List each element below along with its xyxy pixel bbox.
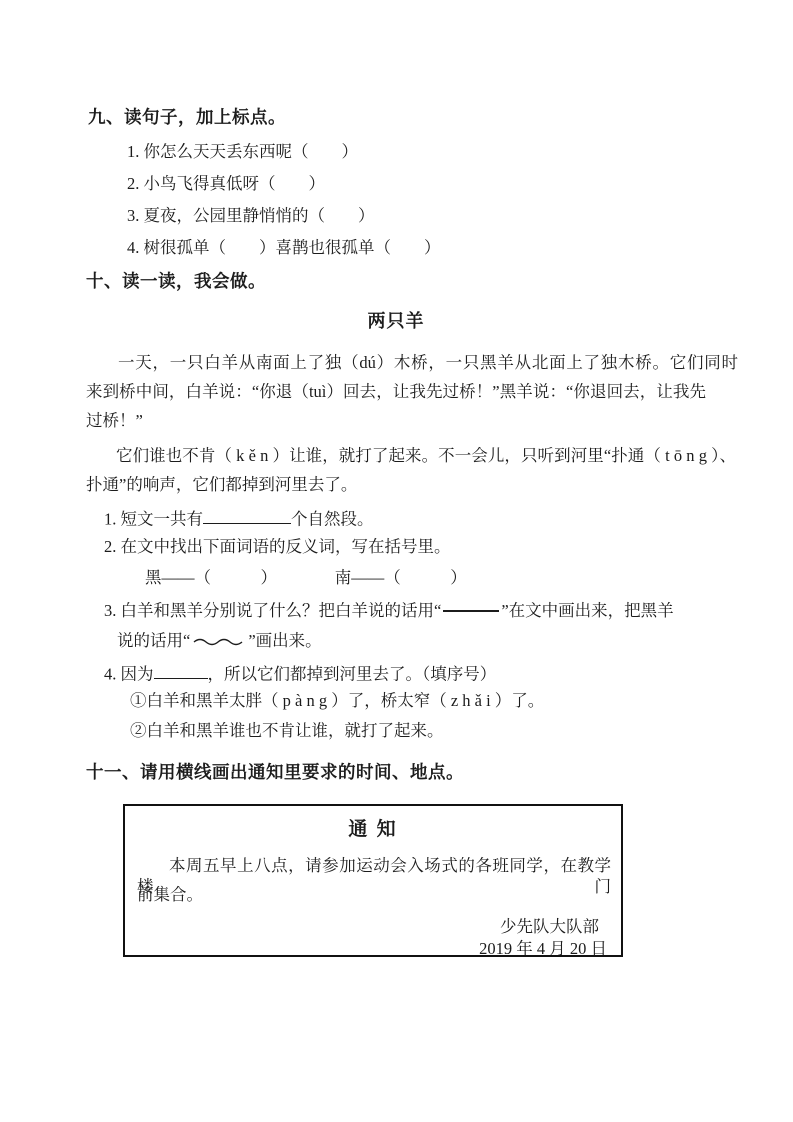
question-4-text: 4. 因为 [104, 664, 154, 683]
section-11-heading: 十一、请用横线画出通知里要求的时间、地点。 [86, 761, 464, 783]
question-3-text-2-after: ”画出来。 [248, 631, 321, 650]
notice-body-line-2: 前集合。 [137, 884, 611, 905]
passage-line: 一天，一只白羊从南面上了独（dú）木桥，一只黑羊从北面上了独木桥。它们同时 [86, 353, 738, 373]
passage-line: 它们谁也不肯（ k ě n ）让谁，就打了起来。不一会儿，只听到河里“扑通（ t… [86, 446, 736, 466]
worksheet-page: 九、读句子，加上标点。 1. 你怎么天天丢东西呢（ ） 2. 小鸟飞得真低呀（ … [0, 0, 793, 1122]
question-3-text: 3. 白羊和黑羊分别说了什么？把白羊说的话用“ [104, 601, 441, 620]
sentence-item-3: 3. 夏夜，公园里静悄悄的（ ） [127, 205, 375, 226]
passage-title: 两只羊 [86, 311, 706, 332]
question-1: 1. 短文一共有个自然段。 [104, 506, 710, 529]
question-3-text-after: ”在文中画出来，把黑羊 [501, 601, 673, 620]
passage-line: 过桥！” [86, 411, 706, 431]
solid-line-mark [443, 610, 499, 612]
question-3-line-2: 说的话用“”画出来。 [117, 631, 322, 651]
notice-signer: 少先队大队部 [500, 916, 599, 937]
answer-blank [154, 661, 208, 679]
section-10-heading: 十、读一读，我会做。 [86, 270, 266, 292]
sentence-item-1: 1. 你怎么天天丢东西呢（ ） [127, 141, 358, 162]
sentence-item-4: 4. 树很孤单（ ）喜鹊也很孤单（ ） [127, 237, 441, 258]
antonym-pairs: 黑——（ ） 南——（ ） [145, 568, 467, 588]
option-item-2: ②白羊和黑羊谁也不肯让谁，就打了起来。 [130, 721, 444, 741]
question-2: 2. 在文中找出下面词语的反义词，写在括号里。 [104, 537, 710, 557]
notice-box: 通 知 本周五早上八点，请参加运动会入场式的各班同学，在教学楼门 前集合。 少先… [123, 804, 623, 957]
section-9-heading: 九、读句子，加上标点。 [88, 106, 286, 128]
wavy-line-mark [192, 635, 246, 647]
passage-line: 扑通”的响声，它们都掉到河里去了。 [86, 475, 706, 495]
question-3-line-1: 3. 白羊和黑羊分别说了什么？把白羊说的话用“”在文中画出来，把黑羊 [104, 601, 710, 621]
passage-line: 来到桥中间，白羊说：“你退（tuì）回去，让我先过桥！”黑羊说：“你退回去，让我… [86, 382, 706, 402]
question-4: 4. 因为，所以它们都掉到河里去了。（填序号） [104, 661, 710, 684]
question-4-text-after: ，所以它们都掉到河里去了。（填序号） [208, 664, 497, 683]
option-item-1: ①白羊和黑羊太胖（ p à n g ）了，桥太窄（ z h ǎ i ）了。 [130, 691, 544, 711]
answer-blank [203, 506, 291, 524]
sentence-item-2: 2. 小鸟飞得真低呀（ ） [127, 173, 325, 194]
question-1-text: 1. 短文一共有 [104, 509, 203, 528]
notice-title: 通 知 [125, 819, 621, 841]
question-3-text-2: 说的话用“ [117, 631, 190, 650]
notice-date: 2019 年 4 月 20 日 [479, 938, 607, 957]
question-1-text-after: 个自然段。 [291, 509, 374, 528]
